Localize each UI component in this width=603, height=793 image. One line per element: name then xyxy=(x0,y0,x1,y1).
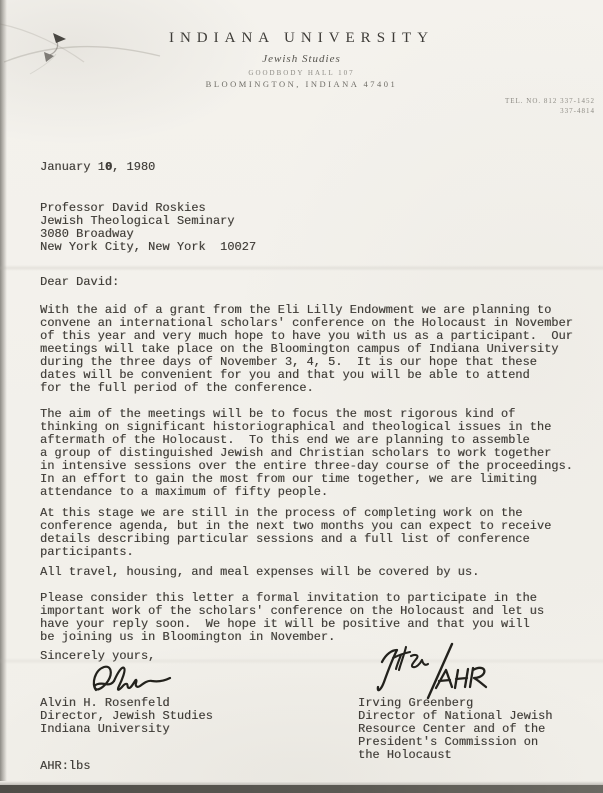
recipient-address-block: Professor David Roskies Jewish Theologic… xyxy=(40,202,256,254)
letter-date: January 10, 1980 xyxy=(40,161,155,174)
date-overstruck-zero: 0 xyxy=(105,160,112,174)
date-suffix: , 1980 xyxy=(112,160,155,174)
greenberg-signature-handwriting xyxy=(376,642,506,700)
scan-streak xyxy=(0,265,603,271)
letterhead-institution: INDIANA UNIVERSITY xyxy=(0,30,603,47)
scanned-letter-page: INDIANA UNIVERSITY Jewish Studies GOODBO… xyxy=(0,0,603,793)
date-prefix: January 1 xyxy=(40,160,105,174)
rosenfeld-signature-handwriting xyxy=(82,660,174,698)
left-signer-block: Alvin H. Rosenfeld Director, Jewish Stud… xyxy=(40,697,213,736)
body-paragraph-2: The aim of the meetings will be to focus… xyxy=(40,408,573,499)
scan-left-edge-shadow xyxy=(0,0,7,793)
body-paragraph-5: Please consider this letter a formal inv… xyxy=(40,592,544,644)
typist-reference-initials: AHR:lbs xyxy=(40,760,90,773)
body-paragraph-4: All travel, housing, and meal expenses w… xyxy=(40,566,479,579)
telephone-line1: TEL. NO. 812 337-1452 xyxy=(505,96,595,106)
salutation: Dear David: xyxy=(40,276,119,289)
body-paragraph-3: At this stage we are still in the proces… xyxy=(40,507,551,559)
scan-bottom-edge-shadow xyxy=(0,785,603,793)
letterhead-hall-address: GOODBODY HALL 107 xyxy=(0,69,603,77)
letterhead-telephone: TEL. NO. 812 337-1452 337-4814 xyxy=(505,96,595,116)
body-paragraph-1: With the aid of a grant from the Eli Lil… xyxy=(40,304,573,395)
telephone-line2: 337-4814 xyxy=(505,106,595,116)
letterhead-city-address: BLOOMINGTON, INDIANA 47401 xyxy=(0,79,603,89)
letterhead-department: Jewish Studies xyxy=(0,53,603,65)
right-signer-block: Irving Greenberg Director of National Je… xyxy=(358,697,552,762)
